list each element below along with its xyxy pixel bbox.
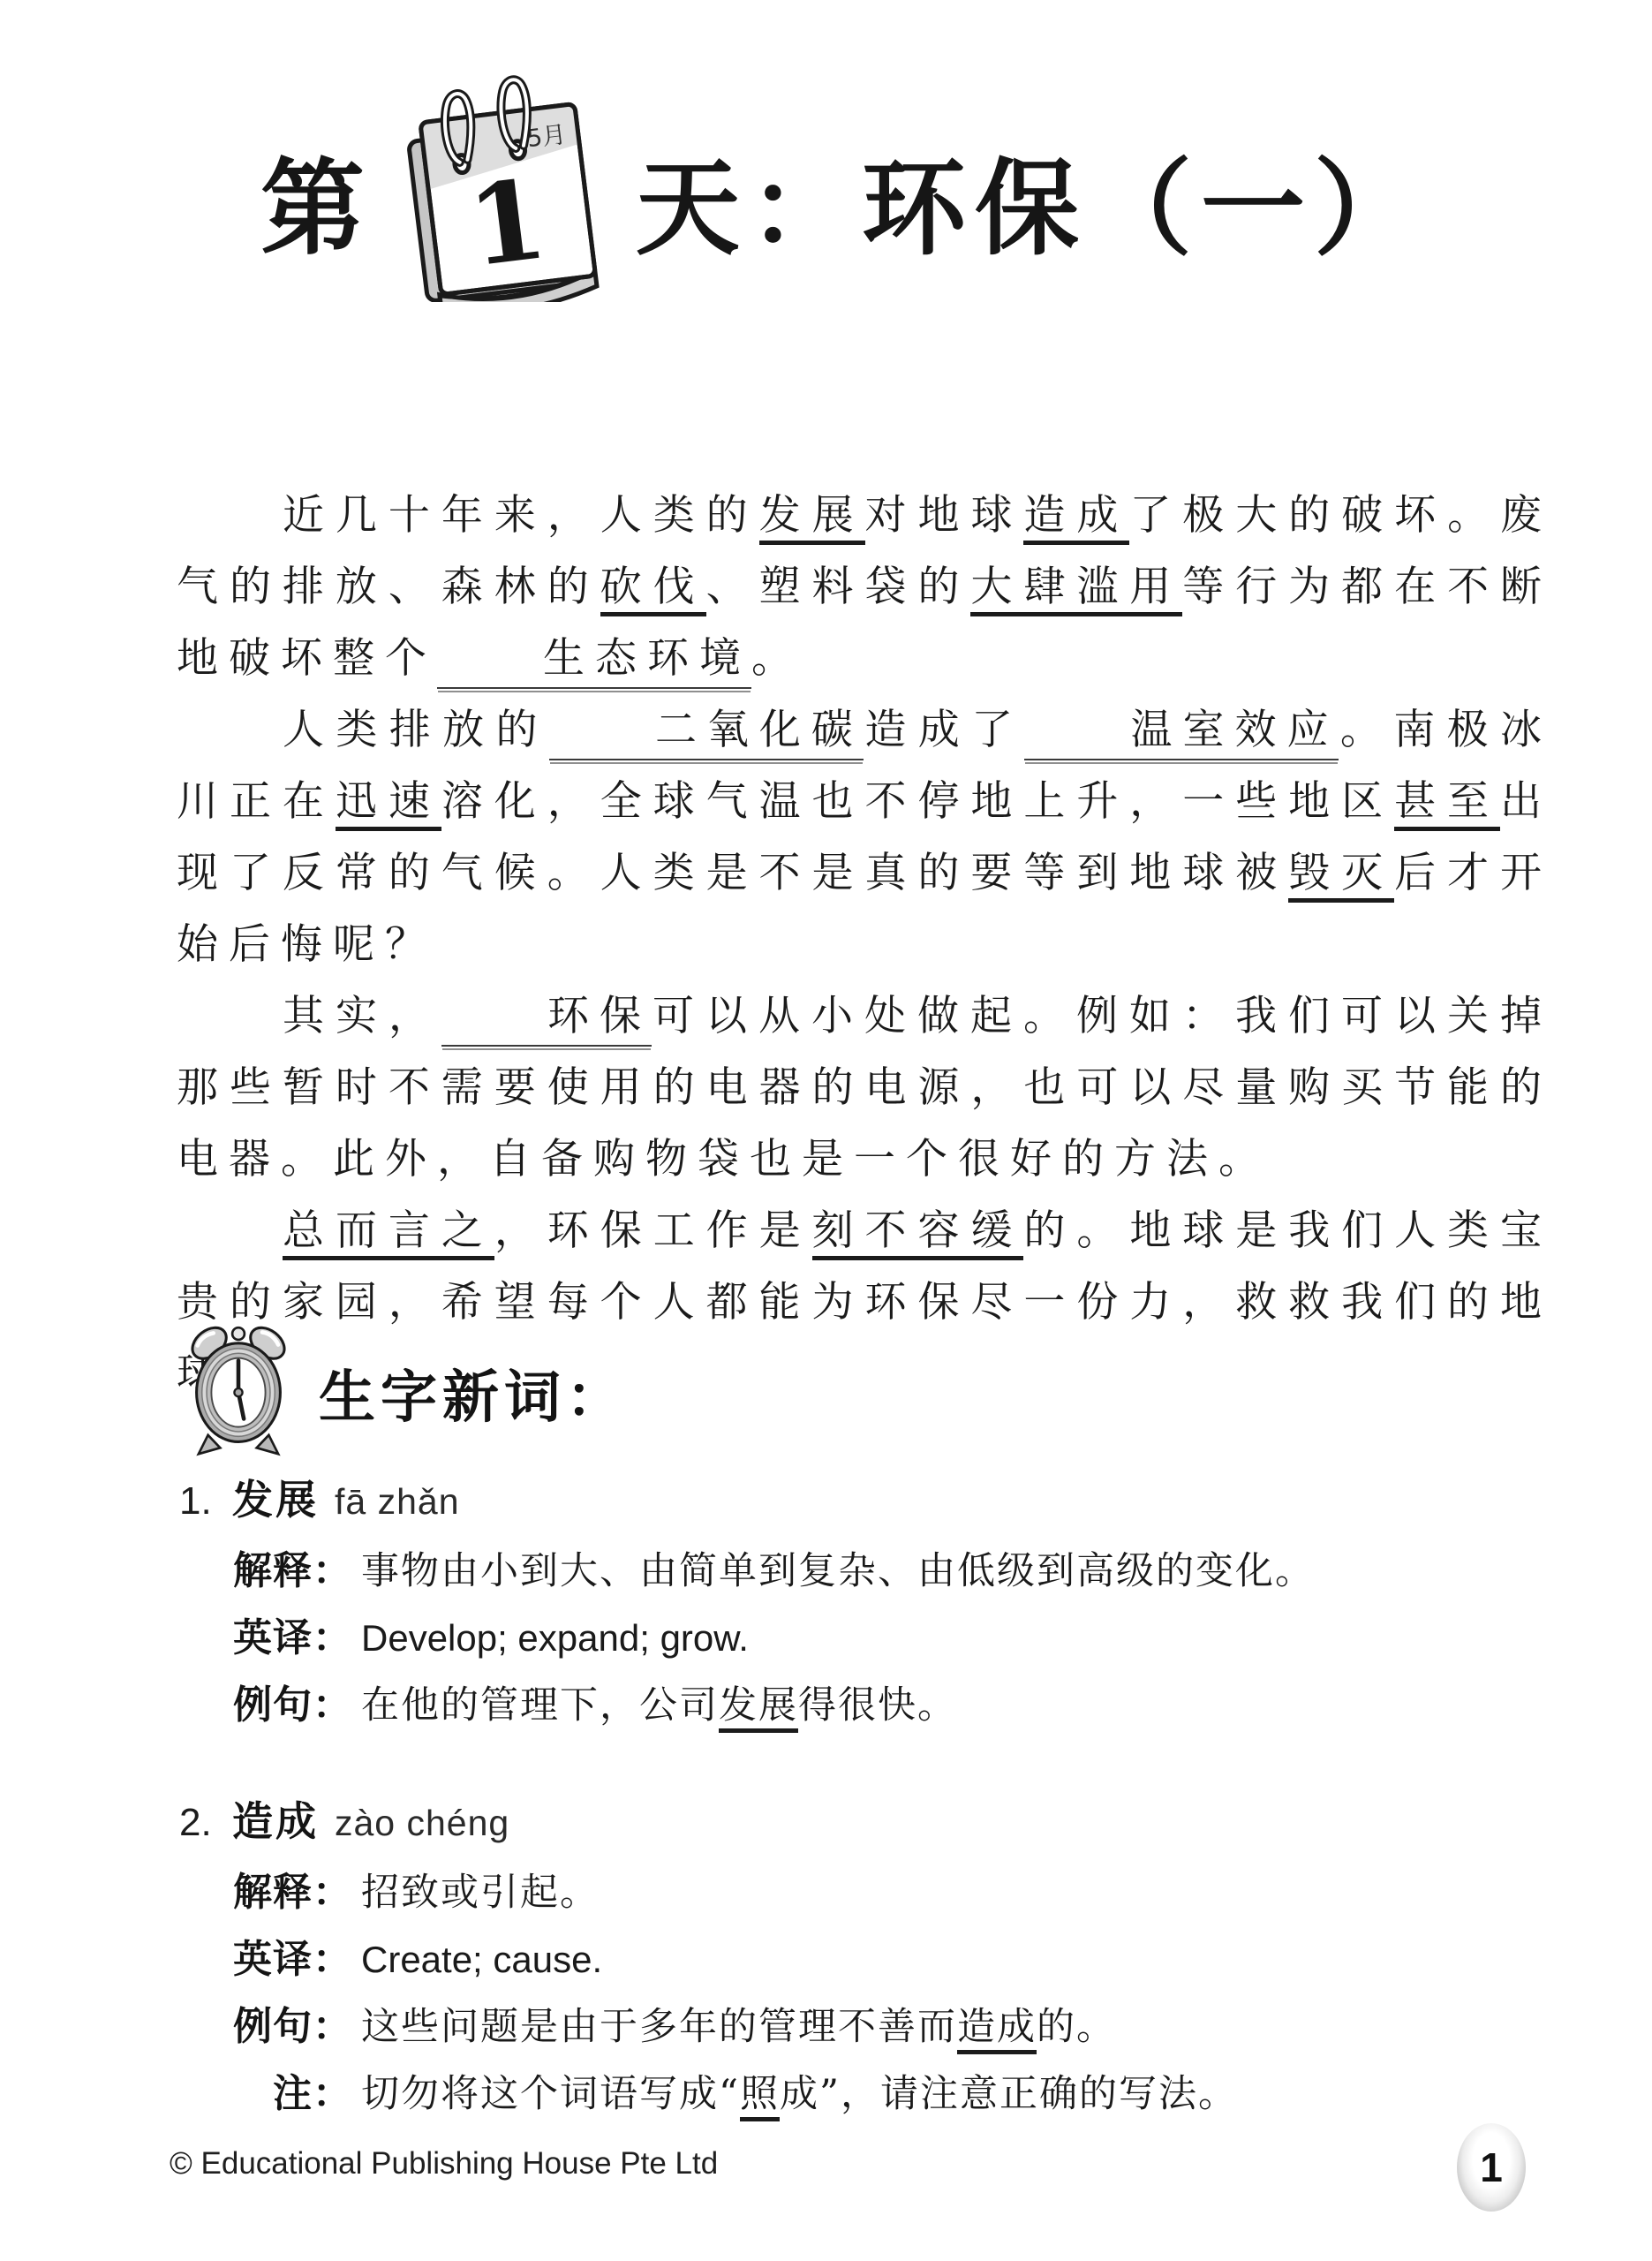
vocab-row-content: 在他的管理下，公司发展得很快。 — [361, 1682, 957, 1729]
vocab-row-label: 解释： — [179, 1547, 352, 1595]
paragraph: 人类排放的二氧化碳造成了温室效应。南极冰川正在迅速溶化，全球气温也不停地上升，一… — [177, 694, 1552, 980]
underlined-term: 照 — [740, 2072, 780, 2121]
text-run: 招致或引起。 — [361, 1871, 600, 1915]
text-run: 的。 — [1037, 2005, 1116, 2049]
calendar-day-number: 1 — [462, 155, 553, 291]
text-run: 人类排放的 — [283, 706, 549, 754]
underlined-term: 砍伐 — [600, 563, 706, 616]
text-run: 在他的管理下，公司 — [361, 1683, 719, 1728]
text-run: 溶化，全球气温也不停地上升，一些地区 — [441, 777, 1394, 826]
text-run: 对地球 — [865, 491, 1024, 540]
underlined-term: 造成 — [957, 2005, 1037, 2054]
underlined-term: 刻不容缓 — [812, 1206, 1024, 1260]
calendar-month-label: 5月 — [525, 121, 568, 153]
underlined-term: 发展 — [719, 1683, 798, 1733]
vocab-row-content: Create; cause. — [361, 1936, 602, 1984]
underlined-term: 造成 — [1023, 491, 1129, 545]
vocab-row: 例句： 这些问题是由于多年的管理不善而造成的。 — [179, 2003, 1557, 2051]
text-run: 这些问题是由于多年的管理不善而 — [361, 2005, 957, 2049]
underlined-term: 迅速 — [336, 777, 441, 831]
vocab-entry: 1. 发展 fā zhǎn 解释： 事物由小到大、由简单到复杂、由低级到高级的变… — [179, 1473, 1557, 1729]
underlined-term: 毁灭 — [1288, 849, 1394, 903]
alarm-clock-icon — [181, 1305, 296, 1469]
vocab-heading: 生字新词： — [319, 1352, 628, 1433]
workbook-page: 第 5月 — [0, 0, 1652, 2261]
vocab-word: 发展 — [232, 1473, 319, 1526]
vocab-rows: 解释： 招致或引起。 英译： Create; cause. 例句： 这些问题是由… — [179, 1869, 1557, 2118]
underlined-term: 甚至 — [1394, 777, 1500, 831]
vocab-entry: 2. 造成 zào chéng 解释： 招致或引起。 英译： Create; c… — [179, 1795, 1557, 2118]
vocab-row: 解释： 招致或引起。 — [179, 1869, 1557, 1917]
vocab-row-label: 例句： — [179, 2003, 352, 2051]
vocab-row: 英译： Create; cause. — [179, 1936, 1557, 1984]
vocab-wordline: 2. 造成 zào chéng — [179, 1795, 1557, 1849]
vocab-row-label: 解释： — [179, 1869, 352, 1917]
vocab-row: 英译： Develop; expand; grow. — [179, 1614, 1557, 1662]
text-run: 得很快。 — [798, 1683, 957, 1728]
vocab-row-content: 这些问题是由于多年的管理不善而造成的。 — [361, 2003, 1116, 2051]
vocab-row-content: 招致或引起。 — [361, 1869, 600, 1917]
underlined-term: 环保 — [441, 992, 652, 1047]
text-run: 近几十年来，人类的 — [283, 491, 759, 540]
vocab-row: 解释： 事物由小到大、由简单到复杂、由低级到高级的变化。 — [179, 1547, 1557, 1595]
vocab-row-content: 切勿将这个词语写成“照成”，请注意正确的写法。 — [361, 2070, 1238, 2118]
vocab-number: 2. — [179, 1796, 232, 1849]
title-suffix: 天：环保（一） — [636, 156, 1427, 261]
vocab-row-content: 事物由小到大、由简单到复杂、由低级到高级的变化。 — [361, 1547, 1315, 1595]
underlined-term: 生态环境 — [437, 634, 751, 689]
underlined-term: 二氧化碳 — [549, 706, 864, 760]
vocab-wordline: 1. 发展 fā zhǎn — [179, 1473, 1557, 1528]
underlined-term: 总而言之 — [283, 1206, 494, 1260]
page-number-badge: 1 — [1457, 2123, 1526, 2212]
underlined-term: 发展 — [759, 491, 865, 545]
vocab-section-header: 生字新词： — [181, 1305, 628, 1469]
paragraph: 近几十年来，人类的发展对地球造成了极大的破坏。废气的排放、森林的砍伐、塑料袋的大… — [177, 480, 1552, 694]
text-run: 切勿将这个词语写成“ — [361, 2072, 740, 2116]
vocab-word: 造成 — [232, 1795, 319, 1848]
text-run: Create; cause. — [361, 1939, 602, 1980]
text-run: 造成了 — [864, 706, 1025, 754]
vocab-row-label: 英译： — [179, 1936, 352, 1984]
vocab-row: 注： 切勿将这个词语写成“照成”，请注意正确的写法。 — [179, 2070, 1557, 2118]
page-number: 1 — [1480, 2144, 1503, 2191]
calendar-icon: 5月 1 — [381, 65, 623, 302]
text-run: Develop; expand; grow. — [361, 1617, 749, 1659]
vocab-row: 例句： 在他的管理下，公司发展得很快。 — [179, 1682, 1557, 1729]
body-paragraphs: 近几十年来，人类的发展对地球造成了极大的破坏。废气的排放、森林的砍伐、塑料袋的大… — [177, 480, 1552, 1410]
text-run: 成”，请注意正确的写法。 — [780, 2072, 1238, 2116]
text-run: 事物由小到大、由简单到复杂、由低级到高级的变化。 — [361, 1549, 1315, 1593]
vocab-list: 1. 发展 fā zhǎn 解释： 事物由小到大、由简单到复杂、由低级到高级的变… — [179, 1473, 1557, 2183]
vocab-rows: 解释： 事物由小到大、由简单到复杂、由低级到高级的变化。 英译： Develop… — [179, 1547, 1557, 1729]
text-run: 。 — [751, 634, 803, 683]
vocab-pinyin: fā zhǎn — [335, 1475, 460, 1528]
paragraph: 其实，环保可以从小处做起。例如：我们可以关掉那些暂时不需要使用的电器的电源，也可… — [177, 980, 1552, 1195]
text-run: ，环保工作是 — [494, 1206, 812, 1255]
text-run: 、塑料袋的 — [706, 563, 971, 611]
page-title: 第 5月 — [260, 69, 1427, 299]
vocab-row-label: 例句： — [179, 1682, 352, 1729]
underlined-term: 大肆滥用 — [970, 563, 1182, 616]
underlined-term: 温室效应 — [1024, 706, 1339, 760]
text-run: 其实， — [283, 992, 441, 1040]
vocab-row-content: Develop; expand; grow. — [361, 1614, 749, 1662]
vocab-pinyin: zào chéng — [335, 1796, 509, 1849]
copyright-text: © Educational Publishing House Pte Ltd — [170, 2146, 718, 2182]
vocab-row-label: 英译： — [179, 1614, 352, 1662]
vocab-row-label: 注： — [179, 2070, 352, 2118]
title-prefix: 第 — [260, 156, 373, 261]
vocab-number: 1. — [179, 1475, 232, 1528]
